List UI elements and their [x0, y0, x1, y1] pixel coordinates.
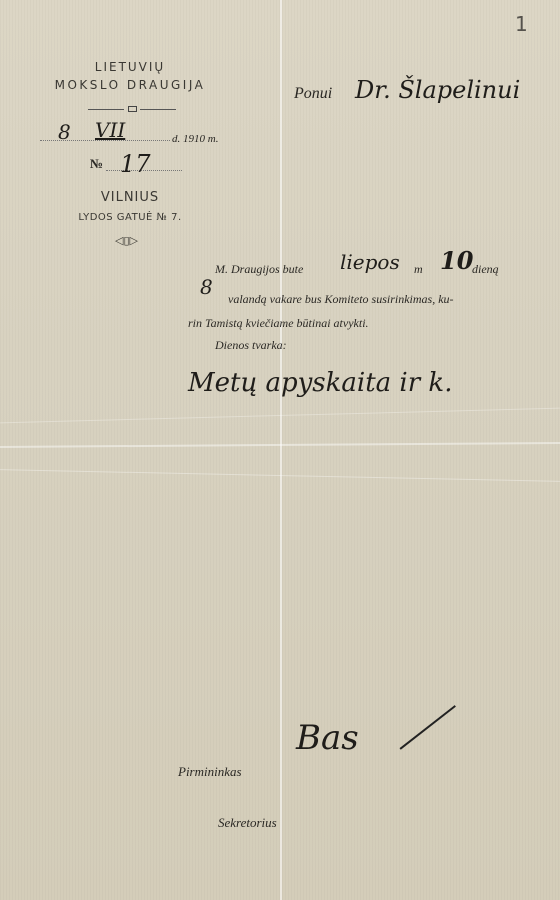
date-month: VII [95, 118, 125, 142]
secretary-label: Sekretorius [218, 815, 277, 831]
meeting-day: 10 [440, 246, 473, 275]
vertical-fold-line [280, 0, 282, 900]
body-line3: rin Tamistą kviečiame būtinai atvykti. [188, 316, 369, 331]
agenda-label: Dienos tvarka: [215, 338, 287, 353]
number-label: № [90, 156, 103, 172]
number-value: 17 [120, 150, 151, 178]
body-line1-m: m [414, 262, 423, 277]
body-line1-suffix: dieną [472, 262, 499, 277]
meeting-month: liepos [340, 250, 400, 274]
bottom-ornament-icon: ◁▯▷ [115, 234, 138, 247]
agenda-text: Metų apyskaita ir k. [188, 368, 452, 398]
page-number: 1 [515, 12, 528, 36]
addressee-name: Dr. Šlapelinui [355, 76, 520, 104]
org-name-line2: MOKSLO DRAUGIJA [40, 78, 220, 92]
letterhead-ornament [88, 104, 176, 114]
meeting-hour: 8 [200, 275, 213, 299]
date-year: d. 1910 m. [172, 133, 218, 145]
body-line2: valandą vakare bus Komiteto susirinkimas… [228, 292, 454, 307]
street-address: LYDOS GATUĖ № 7. [45, 212, 215, 223]
chairman-label: Pirmininkas [178, 764, 242, 780]
body-line1-prefix: M. Draugijos bute [215, 262, 303, 277]
chairman-signature: Bas [296, 718, 359, 758]
signature-flourish [400, 705, 456, 749]
date-day: 8 [58, 120, 71, 144]
city: VILNIUS [70, 190, 190, 205]
addressee-label: Ponui [294, 85, 332, 103]
org-name-line1: LIETUVIŲ [60, 60, 200, 74]
